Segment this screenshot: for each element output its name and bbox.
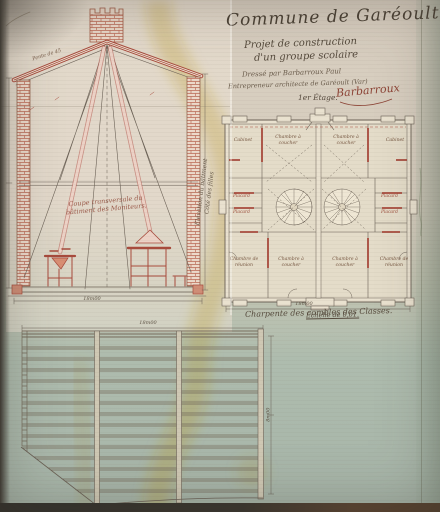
work-table (128, 230, 187, 286)
pink-struts (60, 48, 151, 252)
section-width-dim: 18m00 (72, 297, 112, 303)
room-label-bedroom-bottom-right: Chambre à coucher (328, 257, 362, 268)
charpente-height-dim: 8m00 (266, 408, 272, 422)
placard-label-4: Placard (381, 211, 398, 216)
placard-label-3: Placard (381, 195, 398, 200)
spiral-stair-left (276, 189, 312, 225)
charpente-width-dim: 18m00 (128, 321, 168, 327)
floor-line (8, 285, 206, 296)
room-label-meeting-right: Chambre de réunion (379, 257, 409, 268)
placard-label-2: Placard (233, 211, 250, 216)
placard-label-1: Placard (233, 195, 250, 200)
room-label-bedroom-top-left: Chambre à coucher (271, 135, 305, 146)
collar-beam (19, 182, 198, 186)
archival-drawing-photo: Commune de Garéoult. Projet de construct… (0, 0, 440, 512)
grid-posts (95, 329, 264, 506)
room-label-bedroom-top-right: Chambre à coucher (329, 135, 363, 146)
plan-width-dim: 18m00 (284, 302, 324, 308)
chimney (90, 8, 123, 42)
room-label-cabinet-right: Cabinet (382, 138, 408, 144)
room-label-meeting-left: Chambre de réunion (229, 257, 259, 268)
left-brick-pillar (17, 80, 30, 286)
central-spine-wall (316, 124, 321, 298)
right-brick-pillar (187, 77, 200, 286)
signature-flourish (340, 99, 392, 106)
charpente-drawing (21, 325, 274, 506)
margin-note-squiggle (420, 168, 422, 236)
room-label-cabinet-left: Cabinet (230, 138, 256, 144)
drawing-svg (0, 0, 440, 512)
floor-level-label: 1er Étage. (298, 94, 338, 102)
room-label-bedroom-bottom-left: Chambre à coucher (274, 257, 308, 268)
corner-annotation-squiggle (6, 12, 30, 26)
grid-cut-edge (21, 447, 263, 505)
stove (45, 249, 75, 286)
